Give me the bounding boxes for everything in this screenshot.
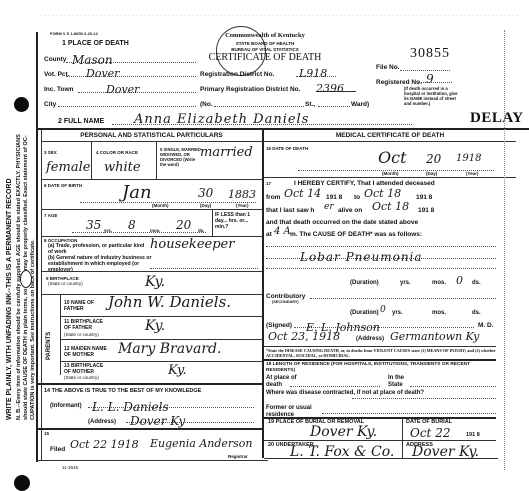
- county-field: Mason: [66, 51, 196, 63]
- dob-year: 1883: [228, 188, 256, 201]
- personal-header-rule: [41, 141, 262, 142]
- cause-line-3: [266, 262, 496, 269]
- form-left-border: [36, 32, 38, 462]
- cause-footnote: *State the DISEASE CAUSING DEATH, or, in…: [266, 348, 496, 358]
- ward-field: [318, 98, 350, 107]
- inc-town-label: Inc. Town: [44, 86, 74, 93]
- punch-hole: [20, 270, 32, 288]
- time-of-death: 4 A: [274, 226, 291, 237]
- md-label: M. D.: [478, 322, 494, 329]
- dob-label: 6 DATE OF BIRTH: [44, 183, 82, 188]
- street-field: [214, 98, 304, 107]
- marital-value: married: [200, 145, 253, 160]
- registrar-signature: Eugenia Anderson: [150, 437, 253, 450]
- secondary-label: (SECONDARY): [272, 300, 299, 305]
- to-year: 191 8: [416, 194, 432, 201]
- burial-year: 191 8: [466, 432, 480, 439]
- grid-line: [264, 346, 496, 347]
- registered-no-value: 9: [418, 72, 434, 86]
- grid-line: [41, 271, 262, 272]
- informant-address-label: (Address): [88, 419, 116, 426]
- personal-section-header: PERSONAL AND STATISTICAL PARTICULARS: [41, 132, 262, 139]
- mother-name-value: Mary Bravard.: [118, 341, 221, 357]
- day-caption: (Day): [200, 203, 211, 208]
- form-number: FORM V S 1-8000 2-20-12: [50, 31, 98, 36]
- st-label: St.,: [305, 101, 315, 108]
- reg-district-field: L918: [296, 64, 336, 77]
- color-label: 4 COLOR OR RACE: [96, 150, 138, 155]
- ward-label: Ward): [351, 101, 369, 108]
- mother-birthplace-value: Ky.: [168, 363, 187, 378]
- burial-place-value: Dover Ky.: [310, 424, 377, 440]
- full-name-value: Anna Elizabeth Daniels: [112, 112, 309, 127]
- registrar-label: Registrar: [228, 454, 248, 459]
- cause-statement: m. The CAUSE OF DEATH* was as follows:: [290, 231, 422, 238]
- cause-line-1: [266, 240, 496, 247]
- duration2-mos: mos.: [432, 310, 446, 317]
- signature-field: E. L. Johnson: [294, 318, 474, 328]
- file-no-label: File No.: [376, 64, 399, 71]
- last-saw-pronoun: er: [324, 202, 334, 212]
- registered-no-label: Registered No.: [376, 79, 422, 86]
- inc-town-value: Dover: [78, 83, 139, 96]
- certificate-title: CERTIFICATE OF DEATH: [205, 52, 325, 63]
- death-day-caption: (Day): [426, 171, 437, 176]
- burial-date-label: DATE OF BURIAL: [406, 419, 452, 426]
- vot-pct-value: Dover: [66, 67, 119, 80]
- age-label: 7 AGE: [44, 213, 57, 218]
- sex-label: 3 SEX: [44, 150, 57, 155]
- filed-label: Filed: [50, 446, 65, 453]
- month-caption: (Month): [152, 203, 169, 208]
- where-contracted-field: [352, 394, 496, 399]
- age-years: 35: [86, 218, 101, 232]
- form-code: 11-3046: [62, 465, 78, 470]
- section-15-number: 15: [44, 431, 49, 436]
- grid-line: [36, 428, 262, 430]
- duration-mos-label: mos.: [432, 280, 446, 287]
- burial-date-value: Oct 22: [410, 426, 450, 440]
- grid-line: [36, 460, 268, 461]
- mother-birthplace-label: 13 BIRTHPLACE OF MOTHER: [64, 364, 110, 375]
- informant-field: L. L. Daniels: [88, 398, 254, 408]
- grid-line: [60, 316, 262, 317]
- primary-reg-value: 2396: [316, 82, 344, 95]
- mother-birthplace-sub: (State or country): [64, 375, 99, 380]
- father-name-value: John W. Daniels.: [108, 293, 231, 311]
- father-birthplace-label: 11 BIRTHPLACE OF FATHER: [64, 320, 110, 331]
- alive-on-label: alive on: [338, 207, 362, 214]
- reg-district-label: Registration District No.: [200, 71, 274, 78]
- parents-label: PARENTS: [46, 332, 53, 360]
- at-label: at: [266, 231, 272, 238]
- grid-line: [156, 141, 157, 179]
- last-saw-label: that I last saw h: [266, 207, 314, 214]
- city-field: [58, 98, 196, 107]
- at-place-field: [290, 382, 380, 387]
- father-name-label: 10 NAME OF FATHER: [64, 300, 108, 312]
- informant-address-field: Dover Ky: [126, 412, 254, 423]
- right-edge-artifact: [504, 30, 505, 470]
- place-of-death-label: 1 PLACE OF DEATH: [62, 40, 129, 47]
- section-divider: [36, 128, 529, 130]
- full-name-field: Anna Elizabeth Daniels: [112, 110, 412, 125]
- occupation-b-field: [150, 264, 258, 269]
- grid-line: [402, 418, 403, 458]
- true-statement: 14 THE ABOVE IS TRUE TO THE BEST OF MY K…: [44, 388, 201, 395]
- punch-hole-mark: [14, 475, 30, 491]
- duration2-value: 0: [380, 305, 386, 315]
- informant-address-value: Dover Ky: [126, 414, 185, 428]
- file-number-stamp: 30855: [410, 46, 450, 62]
- certify-statement: I HEREBY CERTIFY, That I attended deceas…: [294, 180, 435, 187]
- from-date: Oct 14: [284, 187, 321, 200]
- no-label: (No.: [200, 101, 213, 108]
- grid-line: [264, 440, 496, 441]
- ds-label: ds.: [198, 228, 205, 233]
- vot-pct-field: Dover: [66, 64, 196, 77]
- death-year-caption: (Year): [466, 171, 479, 176]
- year-caption: (Year): [236, 203, 249, 208]
- physician-address-label: (Address): [356, 336, 384, 343]
- hospital-note: (If death occurred in a hospital or inst…: [404, 86, 462, 106]
- grid-line: [264, 177, 516, 178]
- former-residence-field: [322, 409, 496, 414]
- death-year: 1918: [456, 153, 481, 164]
- inc-town-field: Dover: [78, 80, 196, 93]
- marital-label: 5 SINGLE, MARRIED WIDOWED, OR DIVORCED (…: [160, 147, 202, 167]
- to-label: to: [354, 194, 360, 201]
- yrs-label: yrs.: [104, 228, 112, 233]
- sex-value: female: [46, 160, 90, 175]
- registered-no-field: 9: [418, 70, 452, 83]
- death-month: Oct: [378, 148, 407, 167]
- grid-line: [36, 383, 262, 385]
- alive-year: 191 8: [418, 207, 434, 214]
- mos-label: mos.: [150, 228, 161, 233]
- informant-label: (Informant): [50, 403, 82, 410]
- residence-label: 18 LENGTH OF RESIDENCE (FOR HOSPITALS, I…: [266, 362, 496, 373]
- date-of-death-label: 16 DATE OF DEATH: [266, 146, 308, 151]
- city-label: City: [44, 101, 56, 108]
- form-bottom-border: [264, 458, 498, 459]
- mother-name-label: 12 MAIDEN NAME OF MOTHER: [64, 346, 110, 358]
- from-label: from: [266, 194, 280, 201]
- duration2-ds: ds.: [472, 310, 481, 317]
- county-label: County: [44, 56, 66, 63]
- punch-hole-mark: [14, 97, 29, 112]
- to-date: Oct 18: [364, 187, 401, 200]
- color-value: white: [104, 160, 141, 175]
- less-than-day-label: IF LESS than 1 day... hrs. or... min.?: [215, 212, 260, 230]
- full-name-label: 2 FULL NAME: [58, 118, 104, 125]
- primary-reg-field: 2396: [316, 79, 356, 92]
- certify-number: 17: [266, 181, 271, 186]
- dob-month: Jan: [122, 182, 152, 203]
- commonwealth-heading: Commonwealth of Kentucky: [205, 32, 325, 39]
- age-months: 8: [128, 218, 136, 232]
- birthplace-value: Ky.: [145, 274, 165, 290]
- grid-line: [60, 361, 262, 362]
- grid-line: [60, 294, 61, 375]
- scan-artifact: [40, 15, 520, 16]
- occupation-a-label: (a) Trade, profession, or particular kin…: [48, 243, 148, 255]
- occurred-statement: and that death occurred on the date stat…: [266, 219, 496, 226]
- dob-day: 30: [198, 186, 213, 200]
- duration-yrs-label: yrs.: [400, 280, 411, 287]
- primary-reg-label: Primary Registration District No.: [200, 86, 300, 93]
- alive-on-date: Oct 18: [372, 200, 409, 213]
- physician-address-value: Germantown Ky: [390, 330, 479, 343]
- father-birthplace-sub: (State or country): [64, 332, 99, 337]
- death-day: 20: [426, 152, 441, 166]
- margin-instruction-1: WRITE PLAINLY, WITH UNFADING INK--THIS I…: [6, 179, 13, 421]
- duration-ds-label: ds.: [472, 280, 481, 287]
- delay-stamp: DELAY: [470, 110, 524, 127]
- grid-line: [60, 339, 262, 340]
- filed-date: Oct 22 1918: [70, 438, 139, 451]
- grid-line: [264, 359, 496, 361]
- death-month-caption: (Month): [382, 171, 399, 176]
- contributory-label: Contributory: [266, 293, 305, 300]
- signed-label: (Signed): [266, 322, 292, 329]
- grid-line: [41, 209, 262, 210]
- age-days: 20: [176, 218, 191, 232]
- medical-section-header: MEDICAL CERTIFICATE OF DEATH: [264, 132, 516, 139]
- grid-line: [212, 209, 213, 236]
- in-state-field: [410, 382, 496, 387]
- duration2-yrs: yrs.: [392, 310, 403, 317]
- from-year: 191 8: [326, 194, 342, 201]
- duration-label: (Duration): [350, 280, 379, 287]
- duration2-label: (Duration): [350, 310, 379, 317]
- occupation-a-value: housekeeper: [150, 237, 234, 252]
- medical-header-rule: [264, 141, 516, 142]
- contributory-field: [310, 292, 496, 299]
- grid-line: [91, 141, 92, 179]
- father-birthplace-value: Ky.: [145, 318, 165, 334]
- signed-date: Oct 23, 1918: [268, 330, 340, 343]
- duration-days-value: 0: [456, 274, 463, 287]
- grid-line: [41, 179, 262, 180]
- birthplace-sub: (State or country): [48, 281, 83, 286]
- cause-line-2: Lobar Pneumonia: [266, 248, 496, 259]
